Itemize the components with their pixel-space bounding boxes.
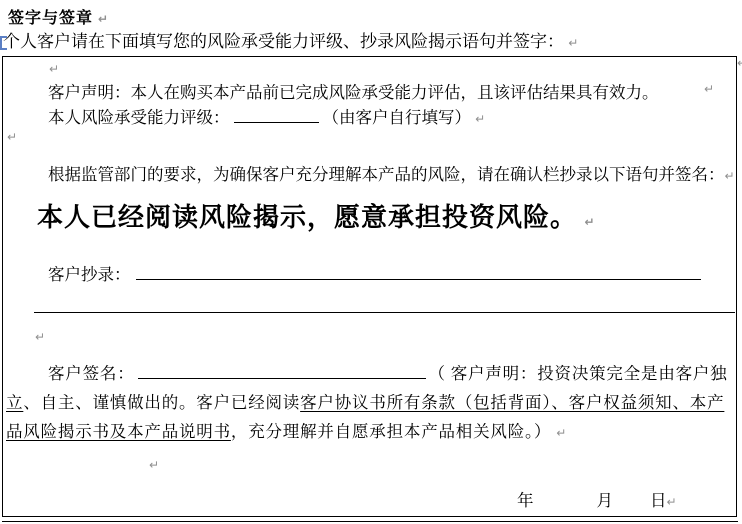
pilcrow-mark: ↵	[98, 12, 109, 26]
client-declaration-line: 客户声明：本人在购买本产品前已完成风险承受能力评估，且该评估结果具有效力。	[48, 79, 659, 103]
signature-documents-underlined: 品风险揭示书及本产品说明书	[6, 422, 231, 441]
signature-paragraph: 客户签名：（ 客户声明：投资决策完全是由客户独 立、自主、谨慎做出的。客户已经阅…	[6, 359, 737, 446]
section-heading: 签字与签章 ↵	[8, 5, 109, 28]
signature-blank-field[interactable]	[138, 363, 426, 379]
pilcrow-mark: ↵	[475, 112, 485, 126]
bookmark-bracket-icon	[0, 36, 7, 50]
intro-sentence: 个人客户请在下面填写您的风险承受能力评级、抄录风险揭示语句并签字： ↵	[3, 27, 578, 52]
date-year-label: 年	[517, 491, 534, 510]
pilcrow-mark: ↵	[35, 331, 45, 343]
pilcrow-mark: ↵	[704, 83, 714, 95]
pilcrow-mark: ↵	[585, 215, 596, 229]
intro-sentence-text: 个人客户请在下面填写您的风险承受能力评级、抄录风险揭示语句并签字：	[3, 32, 564, 51]
signature-line-1: 客户签名：（ 客户声明：投资决策完全是由客户独	[48, 359, 737, 388]
pilcrow-mark: ↵	[737, 57, 742, 69]
instruction-line: 根据监管部门的要求，为确保客户充分理解本产品的风险，请在确认栏抄录以下语句并签名…	[48, 161, 735, 185]
instruction-line-text: 根据监管部门的要求，为确保客户充分理解本产品的风险，请在确认栏抄录以下语句并签名…	[48, 165, 725, 184]
risk-pledge-statement: 本人已经阅读风险揭示，愿意承担投资风险。 ↵	[37, 197, 596, 234]
pilcrow-mark: ↵	[7, 131, 17, 143]
pilcrow-mark: ↵	[49, 63, 59, 75]
signature-label: 客户签名：	[48, 364, 135, 383]
client-copy-label: 客户抄录：	[48, 265, 131, 284]
signature-declaration-underlined: 立	[6, 393, 23, 412]
section-heading-text: 签字与签章	[8, 10, 93, 27]
bottom-divider-line	[2, 521, 738, 522]
risk-rating-label: 本人风险承受能力评级：	[48, 108, 230, 127]
signature-declaration-end: ，充分理解并自愿承担本产品相关风险。）	[231, 422, 551, 441]
date-line: 年月日↵	[517, 487, 677, 511]
pilcrow-mark: ↵	[568, 36, 578, 50]
client-copy-line: 客户抄录：	[48, 261, 701, 285]
risk-rating-note: （由客户自行填写）	[323, 108, 472, 127]
date-day-label: 日	[650, 491, 667, 510]
risk-rating-blank-field[interactable]	[234, 107, 319, 123]
client-copy-blank-field[interactable]	[136, 264, 701, 280]
client-copy-writing-line[interactable]	[34, 312, 735, 313]
risk-pledge-text: 本人已经阅读风险揭示，愿意承担投资风险。	[37, 203, 577, 232]
pilcrow-mark: ↵	[667, 495, 677, 509]
pilcrow-mark: ↵	[149, 459, 159, 471]
signature-declaration-start: （ 客户声明：投资决策完全是由客户独	[429, 364, 728, 383]
signature-declaration-plain: 、自主、谨慎做出的。客户已经阅读	[23, 393, 300, 412]
pilcrow-mark: ↵	[725, 169, 735, 183]
signature-documents-underlined: 客户协议书所有条款（包括背面）、客户权益须知、本产	[300, 393, 724, 412]
pilcrow-mark: ↵	[556, 426, 567, 440]
signature-line-3: 品风险揭示书及本产品说明书，充分理解并自愿承担本产品相关风险。） ↵	[6, 417, 737, 446]
date-month-label: 月	[597, 491, 614, 510]
risk-rating-line: 本人风险承受能力评级：（由客户自行填写） ↵	[48, 104, 485, 128]
signature-form-box: ↵ 客户声明：本人在购买本产品前已完成风险承受能力评估，且该评估结果具有效力。 …	[2, 56, 737, 517]
signature-line-2: 立、自主、谨慎做出的。客户已经阅读客户协议书所有条款（包括背面）、客户权益须知、…	[6, 388, 737, 417]
